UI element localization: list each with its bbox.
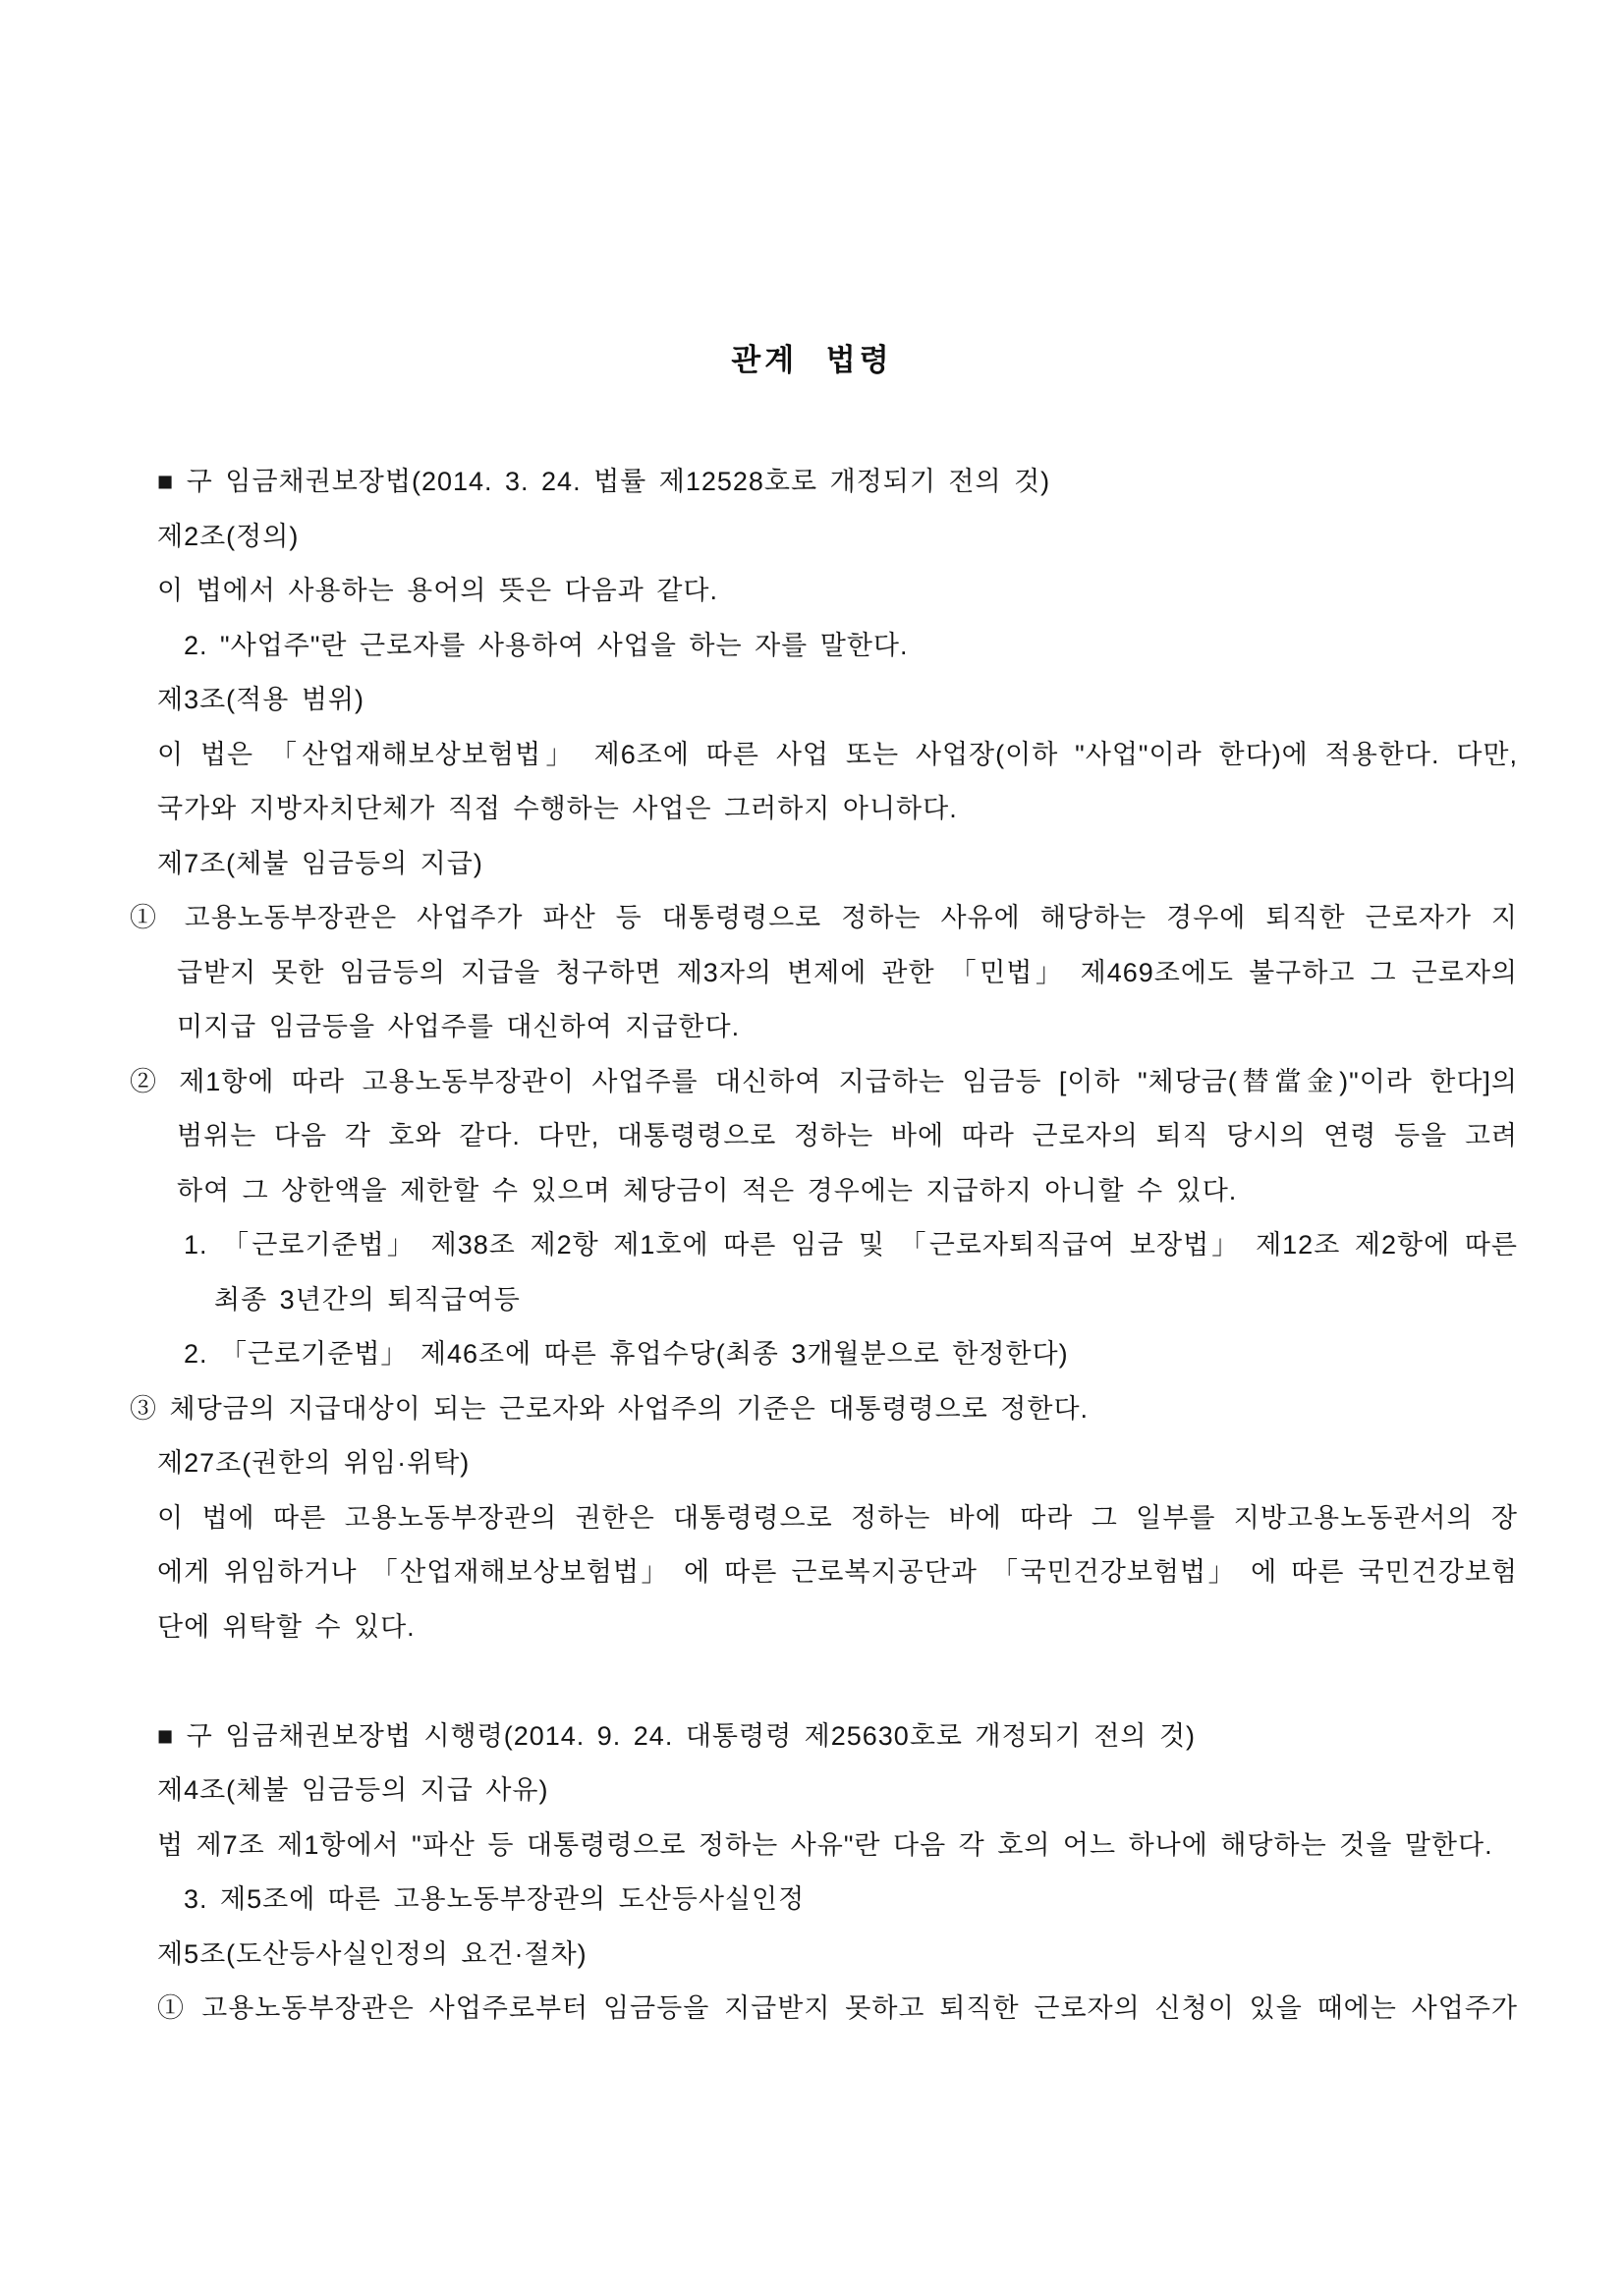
document-title: 관계 법령 (0, 338, 1624, 383)
text-line: 최종 3년간의 퇴직급여등 (214, 1273, 1518, 1328)
article-heading-line: 제2조(정의) (157, 510, 1518, 565)
document-body: ■ 구 임금채권보장법(2014. 3. 24. 법률 제12528호로 개정되… (157, 455, 1518, 2037)
article-heading-line: 제27조(권한의 위임·위탁) (157, 1436, 1518, 1491)
article-heading-line: 제5조(도산등사실인정의 요건·절차) (157, 1928, 1518, 1983)
article-heading-line: 제3조(적용 범위) (157, 673, 1518, 728)
text-line: 급받지 못한 임금등의 지급을 청구하면 제3자의 변제에 관한 「민법」 제4… (177, 946, 1518, 1001)
text-line: 하여 그 상한액을 제한할 수 있으며 체당금이 적은 경우에는 지급하지 아니… (177, 1164, 1518, 1219)
document-page: 관계 법령 ■ 구 임금채권보장법(2014. 3. 24. 법률 제12528… (0, 0, 1624, 2296)
article-heading-line: 제7조(체불 임금등의 지급) (157, 837, 1518, 892)
paragraph-item-line: ① 고용노동부장관은 사업주가 파산 등 대통령령으로 정하는 사유에 해당하는… (130, 891, 1518, 946)
paragraph-item-line: ② 제1항에 따라 고용노동부장관이 사업주를 대신하여 지급하는 임금등 [이… (130, 1055, 1518, 1110)
numbered-item-line: 2. 「근로기준법」 제46조에 따른 휴업수당(최종 3개월분으로 한정한다) (184, 1327, 1518, 1382)
text-line: 이 법에서 사용하는 용어의 뜻은 다음과 같다. (157, 564, 1518, 619)
numbered-item-line: 3. 제5조에 따른 고용노동부장관의 도산등사실인정 (184, 1873, 1518, 1928)
blank-line (157, 1654, 1518, 1709)
text-line: 이 법은 「산업재해보상보험법」 제6조에 따른 사업 또는 사업장(이하 "사… (157, 728, 1518, 783)
paragraph-item-line: ③ 체당금의 지급대상이 되는 근로자와 사업주의 기준은 대통령령으로 정한다… (130, 1382, 1518, 1437)
text-line: 국가와 지방자치단체가 직접 수행하는 사업은 그러하지 아니하다. (157, 782, 1518, 837)
text-line: 범위는 다음 각 호와 같다. 다만, 대통령령으로 정하는 바에 따라 근로자… (177, 1109, 1518, 1164)
paragraph-item-line: ① 고용노동부장관은 사업주로부터 임금등을 지급받지 못하고 퇴직한 근로자의… (157, 1982, 1518, 2037)
section-bullet-line: ■ 구 임금채권보장법(2014. 3. 24. 법률 제12528호로 개정되… (157, 455, 1518, 510)
text-line: 미지급 임금등을 사업주를 대신하여 지급한다. (177, 1000, 1518, 1055)
section-bullet-line: ■ 구 임금채권보장법 시행령(2014. 9. 24. 대통령령 제25630… (157, 1709, 1518, 1764)
text-line: 에게 위임하거나 「산업재해보상보험법」 에 따른 근로복지공단과 「국민건강보… (157, 1545, 1518, 1600)
text-line: 단에 위탁할 수 있다. (157, 1600, 1518, 1655)
text-line: 이 법에 따른 고용노동부장관의 권한은 대통령령으로 정하는 바에 따라 그 … (157, 1491, 1518, 1546)
text-line: 법 제7조 제1항에서 "파산 등 대통령령으로 정하는 사유"란 다음 각 호… (157, 1819, 1518, 1874)
numbered-item-line: 2. "사업주"란 근로자를 사용하여 사업을 하는 자를 말한다. (184, 619, 1518, 674)
article-heading-line: 제4조(체불 임금등의 지급 사유) (157, 1764, 1518, 1819)
numbered-item-line: 1. 「근로기준법」 제38조 제2항 제1호에 따른 임금 및 「근로자퇴직급… (184, 1218, 1518, 1273)
